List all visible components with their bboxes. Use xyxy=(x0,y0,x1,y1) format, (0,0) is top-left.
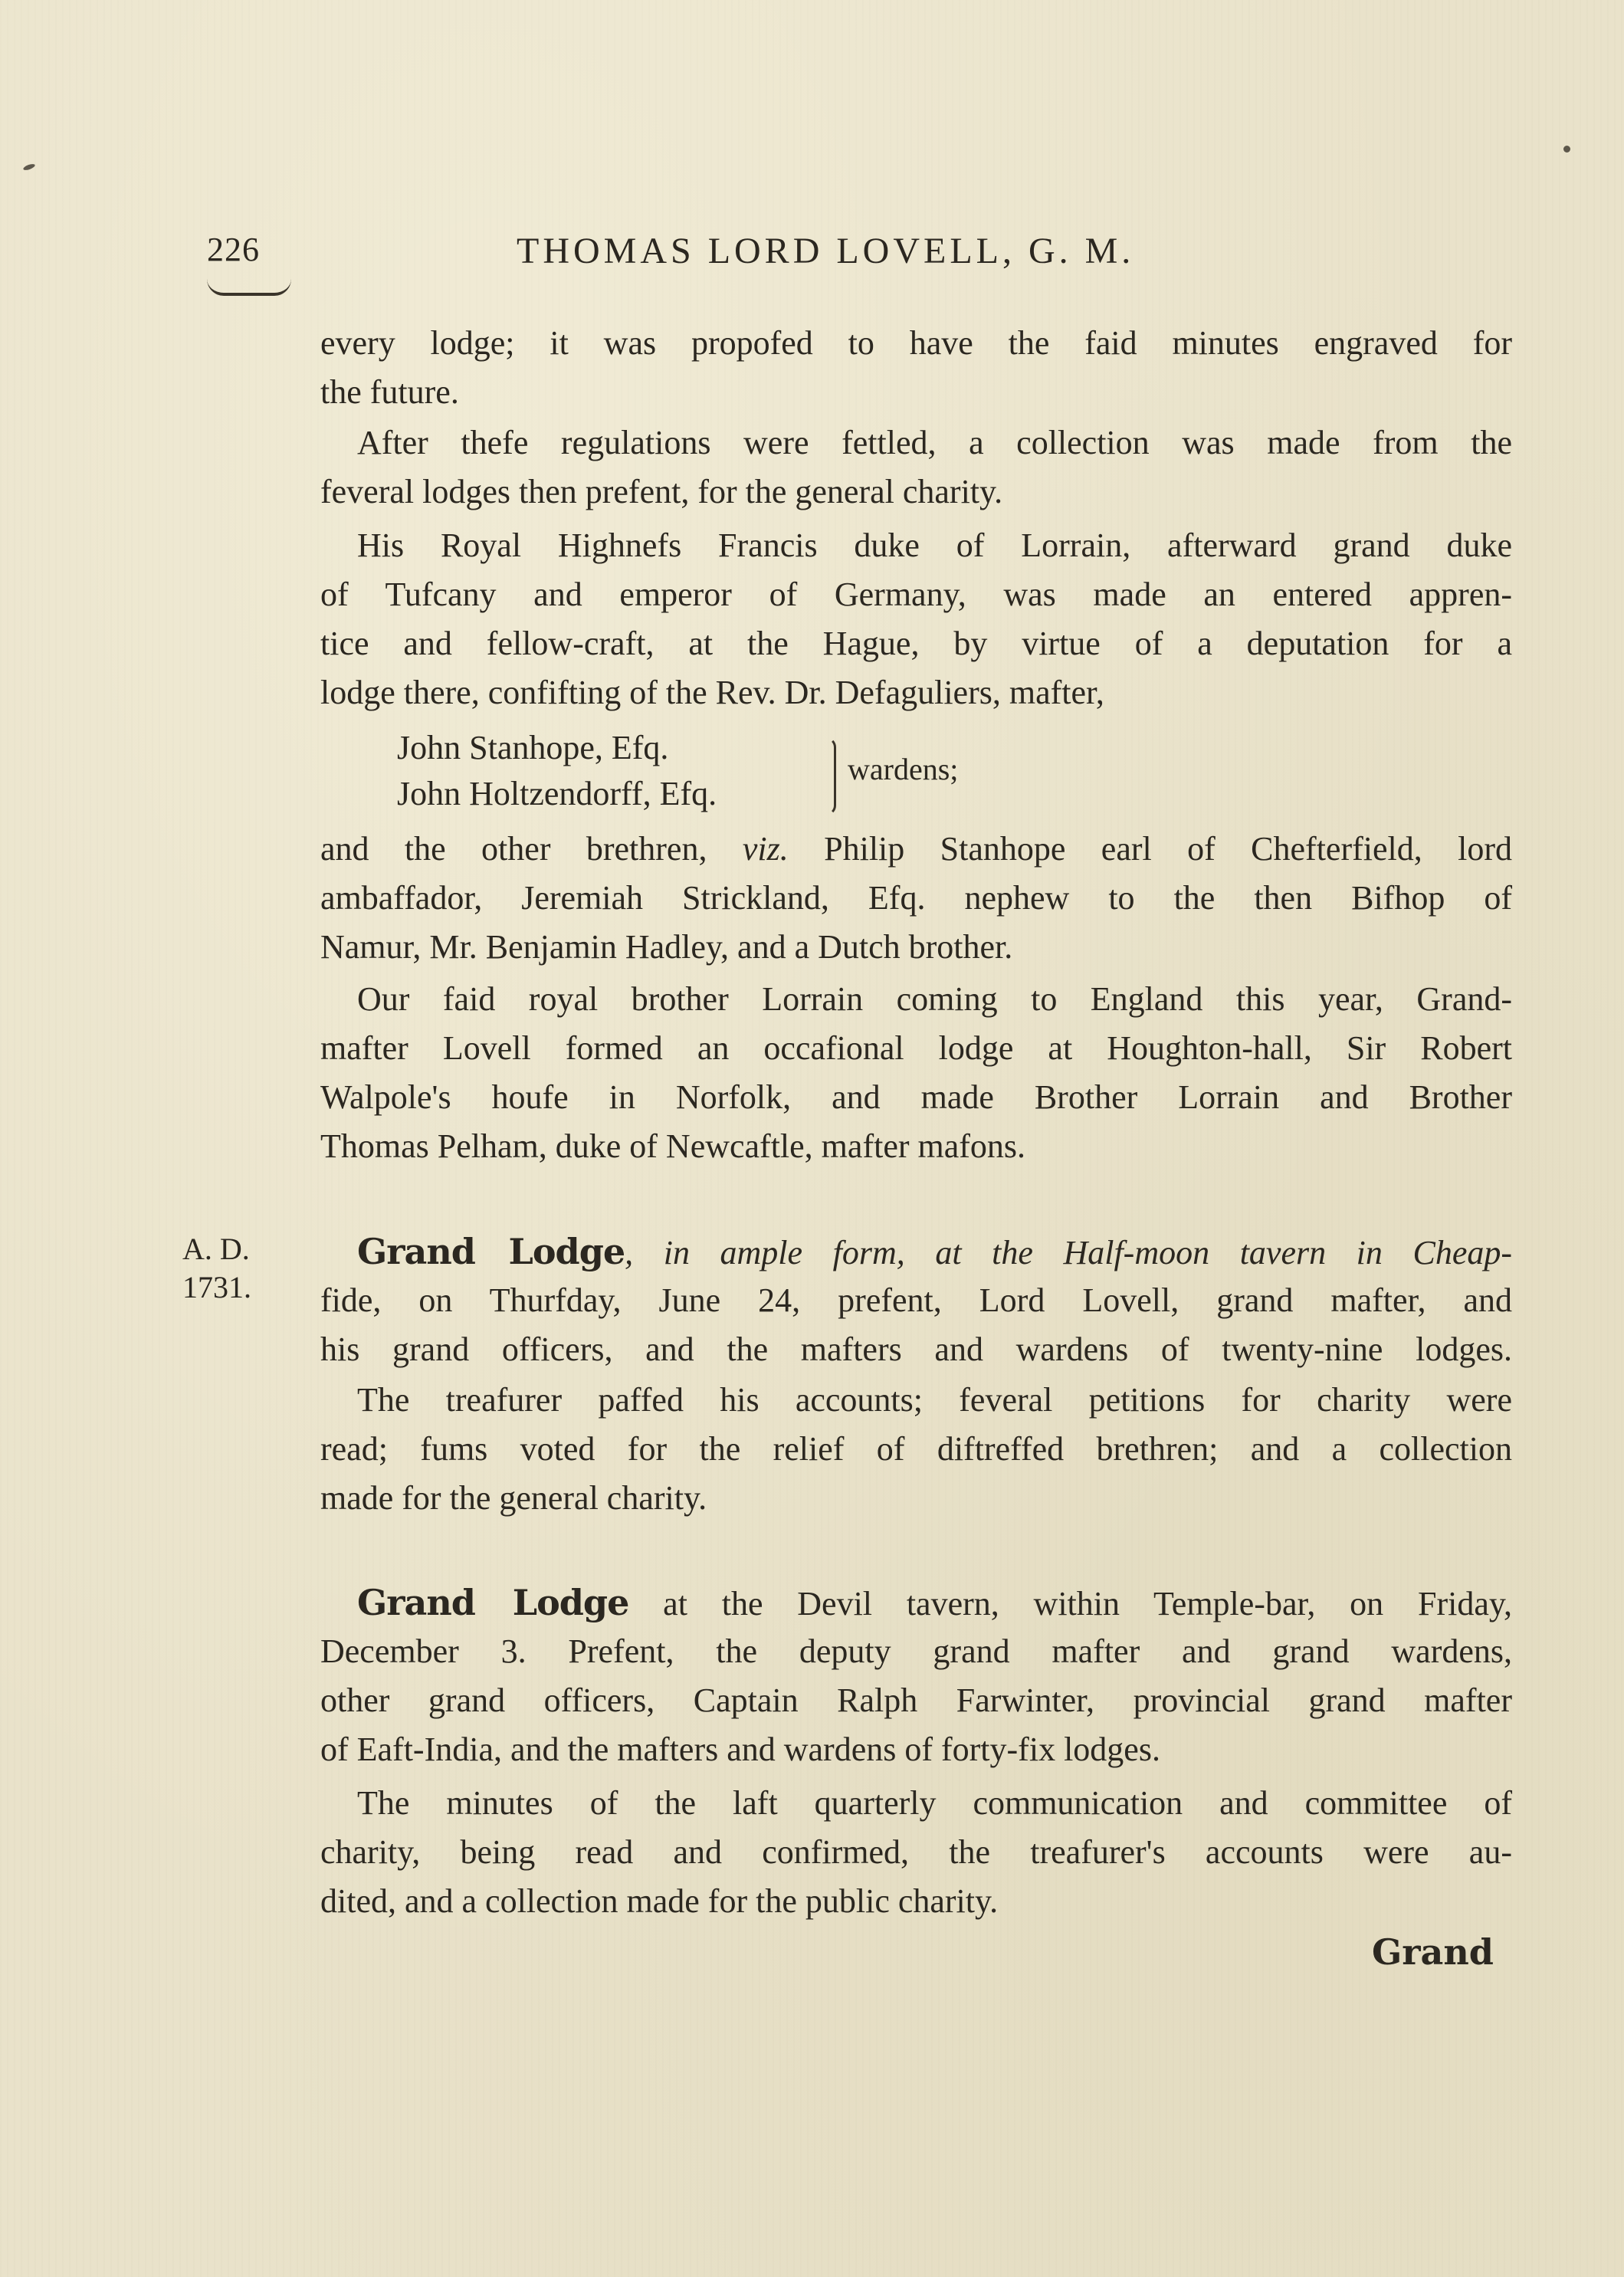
text-line: mafter Lovell formed an occafional lodge… xyxy=(320,1027,1512,1070)
text-line: fide, on Thurfday, June 24, prefent, Lor… xyxy=(320,1279,1512,1322)
book-page: 226 THOMAS LORD LOVELL, G. M. every lodg… xyxy=(0,0,1624,2277)
page-number-flourish xyxy=(207,279,291,296)
text-line: His Royal Highnefs Francis duke of Lorra… xyxy=(320,524,1512,567)
text-line: the future. xyxy=(320,371,1512,414)
text-line: December 3. Prefent, the deputy grand ma… xyxy=(320,1630,1512,1673)
text-line: dited, and a collection made for the pub… xyxy=(320,1880,1512,1923)
text-line: and the other brethren, viz. Philip Stan… xyxy=(320,828,1512,871)
wardens-label: wardens; xyxy=(848,751,958,787)
text-line: every lodge; it was propofed to have the… xyxy=(320,322,1512,365)
page-number: 226 xyxy=(207,230,260,269)
text-line: Grand Lodge, in ample form, at the Half-… xyxy=(320,1230,1512,1273)
margin-note-date: A. D. 1731. xyxy=(182,1230,251,1307)
text-line: lodge there, confifting of the Rev. Dr. … xyxy=(320,671,1512,714)
text-line: of Eaft-India, and the mafters and warde… xyxy=(320,1728,1512,1771)
text-span: , in ample form, at the Half-moon tavern… xyxy=(625,1234,1512,1271)
text-line: tice and fellow-craft, at the Hague, by … xyxy=(320,622,1512,665)
paper-speck xyxy=(22,162,35,171)
text-span: and the other brethren, xyxy=(320,830,743,868)
margin-note-line: 1731. xyxy=(182,1268,251,1307)
text-line: After thefe regulations were fettled, a … xyxy=(320,422,1512,464)
text-line: Walpole's houfe in Norfolk, and made Bro… xyxy=(320,1076,1512,1119)
text-line: his grand officers, and the mafters and … xyxy=(320,1328,1512,1371)
blackletter-heading: Grand Lodge xyxy=(357,1231,625,1272)
page-header: 226 THOMAS LORD LOVELL, G. M. xyxy=(207,230,1510,291)
text-line: Our faid royal brother Lorrain coming to… xyxy=(320,978,1512,1021)
text-line: feveral lodges then prefent, for the gen… xyxy=(320,471,1512,513)
text-line: read; fums voted for the relief of diftr… xyxy=(320,1428,1512,1471)
text-line: Grand Lodge at the Devil tavern, within … xyxy=(320,1581,1512,1624)
catchword: Grand xyxy=(1372,1931,1494,1973)
text-line: The treafurer paffed his accounts; fever… xyxy=(320,1379,1512,1422)
warden-name: John Stanhope, Efq. xyxy=(397,728,668,767)
italic-viz: viz. xyxy=(743,830,789,868)
text-line: Thomas Pelham, duke of Newcaftle, mafter… xyxy=(320,1125,1512,1168)
text-span: Philip Stanhope earl of Chefterfield, lo… xyxy=(789,830,1512,868)
text-line: Namur, Mr. Benjamin Hadley, and a Dutch … xyxy=(320,926,1512,969)
running-head: THOMAS LORD LOVELL, G. M. xyxy=(517,230,1134,272)
margin-note-line: A. D. xyxy=(182,1230,251,1268)
text-line: ambaffador, Jeremiah Strickland, Efq. ne… xyxy=(320,877,1512,920)
text-line: The minutes of the laft quarterly commun… xyxy=(320,1782,1512,1825)
paper-speck xyxy=(1563,146,1570,153)
text-span: at the Devil tavern, within Temple-bar, … xyxy=(628,1585,1512,1622)
text-line: of Tufcany and emperor of Germany, was m… xyxy=(320,573,1512,616)
blackletter-heading: Grand Lodge xyxy=(357,1582,628,1623)
bracket xyxy=(826,737,836,815)
warden-name: John Holtzendorff, Efq. xyxy=(397,774,717,813)
text-line: made for the general charity. xyxy=(320,1477,1512,1520)
text-line: charity, being read and confirmed, the t… xyxy=(320,1831,1512,1874)
text-line: other grand officers, Captain Ralph Farw… xyxy=(320,1679,1512,1722)
